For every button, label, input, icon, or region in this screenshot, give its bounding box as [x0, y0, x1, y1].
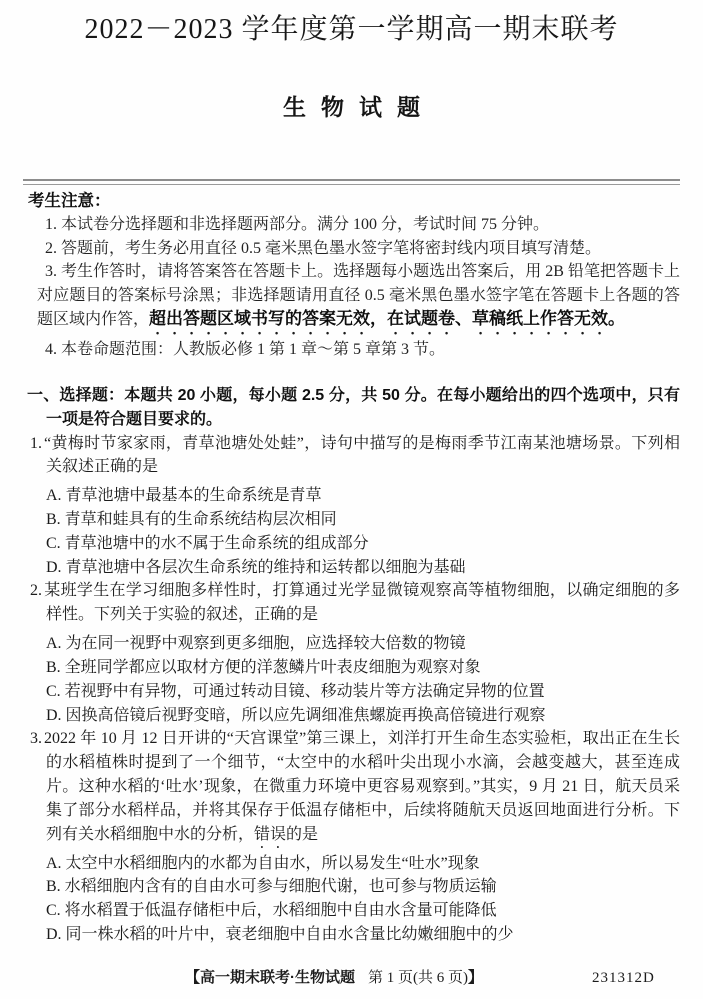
- question-3-stem: 3.2022 年 10 月 12 日开讲的“天宫课堂”第三课上，刘洋打开生命生态…: [46, 727, 680, 851]
- exam-subject: 生物试题: [0, 93, 703, 123]
- question-stem-text: 的是: [286, 826, 318, 843]
- footer-bracket-open: 【: [185, 969, 200, 986]
- question-stem-emphasis: 错误: [254, 826, 286, 843]
- question-3-option-b: B. 水稻细胞内含有的自由水可参与细胞代谢，也可参与物质运输: [46, 875, 680, 899]
- notice-item-3: 3.考生作答时，请将答案答在答题卡上。选择题每小题选出答案后，用 2B 铅笔把答…: [23, 260, 680, 338]
- paper-code: 231312D: [592, 968, 655, 988]
- questions-section: 一、选择题：本题共 20 小题，每小题 2.5 分，共 50 分。在每小题给出的…: [0, 384, 703, 947]
- question-3-option-a: A. 太空中水稻细胞内的水都为自由水，所以易发生“吐水”现象: [46, 852, 680, 876]
- question-stem-text: 某班学生在学习细胞多样性时，打算通过光学显微镜观察高等植物细胞，以确定细胞的多样…: [44, 582, 680, 623]
- question-1: 1.“黄梅时节家家雨，青草池塘处处蛙”，诗句中描写的是梅雨季节江南某池塘场景。下…: [27, 432, 680, 580]
- question-1-option-b: B. 青草和蛙具有的生命系统结构层次相同: [46, 508, 680, 532]
- question-2-stem: 2.某班学生在学习细胞多样性时，打算通过光学显微镜观察高等植物细胞，以确定细胞的…: [46, 579, 680, 632]
- notice-item-text: 答题前，考生务必用直径 0.5 毫米黑色墨水签字笔将密封线内项目填写清楚。: [61, 240, 601, 257]
- notice-item-emphasis: 超出答题区域书写的答案无效，在试题卷、草稿纸上作答无效。: [149, 309, 625, 328]
- question-number: 1.: [30, 435, 44, 452]
- notice-section: 考生注意： 1.本试卷分选择题和非选择题两部分。满分 100 分，考试时间 75…: [0, 185, 703, 362]
- notice-item-number: 2.: [45, 240, 61, 257]
- exam-page: 2022－2023 学年度第一学期高一期末联考 生物试题 考生注意： 1.本试卷…: [0, 0, 703, 999]
- notice-item-number: 3.: [45, 263, 61, 280]
- notice-item-2: 2.答题前，考生务必用直径 0.5 毫米黑色墨水签字笔将密封线内项目填写清楚。: [23, 237, 680, 261]
- footer-page-number: 第 1 页(共 6 页): [368, 970, 468, 986]
- question-2-option-c: C. 若视野中有异物，可通过转动目镜、移动装片等方法确定异物的位置: [46, 680, 680, 704]
- question-1-option-d: D. 青草池塘中各层次生命系统的维持和运转都以细胞为基础: [46, 556, 680, 580]
- question-2-option-b: B. 全班同学都应以取材方便的洋葱鳞片叶表皮细胞为观察对象: [46, 656, 680, 680]
- notice-item-number: 1.: [45, 216, 61, 233]
- question-number: 2.: [30, 582, 44, 599]
- question-3-option-d: D. 同一株水稻的叶片中，衰老细胞中自由水含量比幼嫩细胞中的少: [46, 923, 680, 947]
- notice-heading: 考生注意：: [23, 189, 680, 213]
- question-1-stem: 1.“黄梅时节家家雨，青草池塘处处蛙”，诗句中描写的是梅雨季节江南某池塘场景。下…: [46, 432, 680, 485]
- question-3: 3.2022 年 10 月 12 日开讲的“天宫课堂”第三课上，刘洋打开生命生态…: [27, 727, 680, 946]
- exam-title: 2022－2023 学年度第一学期高一期末联考: [0, 0, 703, 49]
- question-2-option-d: D. 因换高倍镜后视野变暗，所以应先调细准焦螺旋再换高倍镜进行观察: [46, 704, 680, 728]
- question-1-option-a: A. 青草池塘中最基本的生命系统是青草: [46, 484, 680, 508]
- notice-item-4: 4.本卷命题范围：人教版必修 1 第 1 章～第 5 章第 3 节。: [23, 338, 680, 362]
- notice-item-text: 本卷命题范围：人教版必修 1 第 1 章～第 5 章第 3 节。: [61, 341, 445, 358]
- question-stem-text: “黄梅时节家家雨，青草池塘处处蛙”，诗句中描写的是梅雨季节江南某池塘场景。下列相…: [44, 435, 680, 476]
- question-2-option-a: A. 为在同一视野中观察到更多细胞，应选择较大倍数的物镜: [46, 632, 680, 656]
- footer-bracket-close: 】: [468, 969, 483, 986]
- footer-caption: 【高一期末联考·生物试题第 1 页(共 6 页)】: [185, 968, 483, 988]
- question-2: 2.某班学生在学习细胞多样性时，打算通过光学显微镜观察高等植物细胞，以确定细胞的…: [27, 579, 680, 727]
- question-stem-text: 2022 年 10 月 12 日开讲的“天宫课堂”第三课上，刘洋打开生命生态实验…: [44, 730, 680, 842]
- question-number: 3.: [30, 730, 44, 747]
- section-heading: 一、选择题：本题共 20 小题，每小题 2.5 分，共 50 分。在每小题给出的…: [27, 384, 680, 432]
- notice-item-number: 4.: [45, 341, 61, 358]
- question-1-option-c: C. 青草池塘中的水不属于生命系统的组成部分: [46, 532, 680, 556]
- footer-exam-name: 高一期末联考·生物试题: [200, 969, 355, 986]
- notice-item-1: 1.本试卷分选择题和非选择题两部分。满分 100 分，考试时间 75 分钟。: [23, 213, 680, 237]
- question-3-option-c: C. 将水稻置于低温存储柜中后，水稻细胞中自由水含量可能降低: [46, 899, 680, 923]
- page-footer: 【高一期末联考·生物试题第 1 页(共 6 页)】 231312D: [0, 968, 703, 988]
- notice-item-text: 本试卷分选择题和非选择题两部分。满分 100 分，考试时间 75 分钟。: [61, 216, 549, 233]
